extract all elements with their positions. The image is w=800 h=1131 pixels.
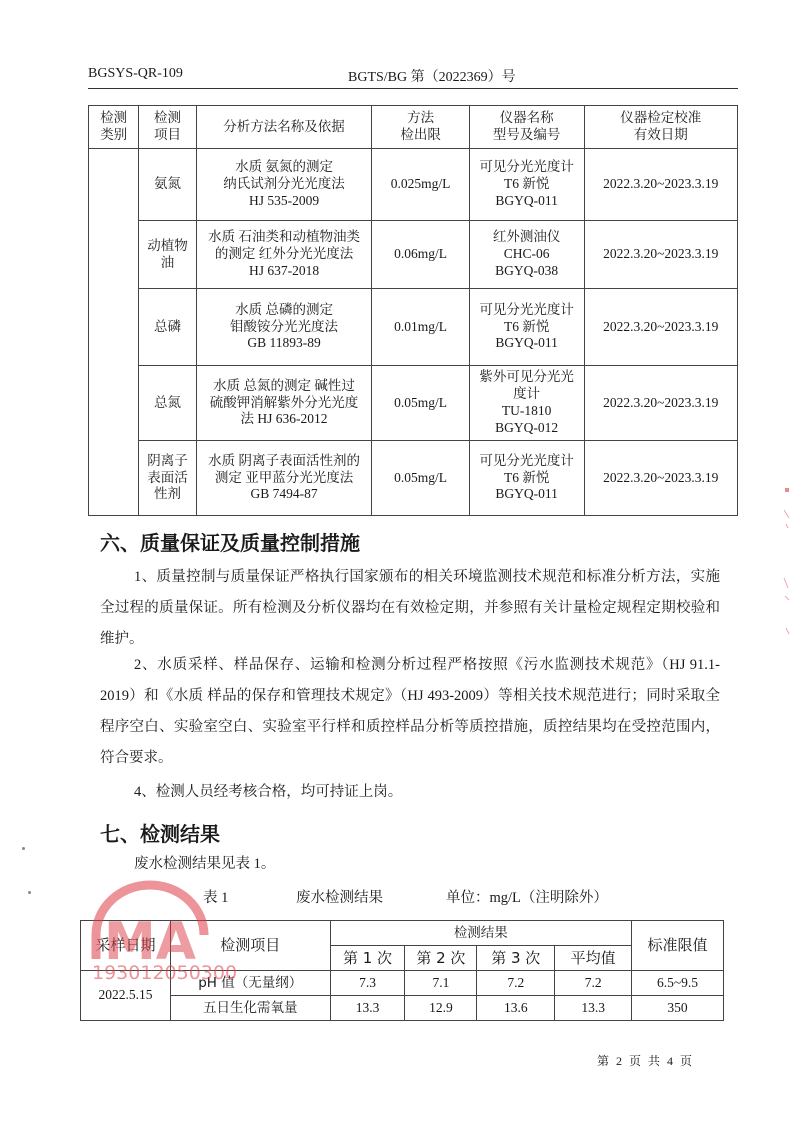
report-number: BGTS/BG 第（2022369）号 [348,66,516,86]
limit-cell: 0.05mg/L [372,366,469,441]
table-row: 动植物油 水质 石油类和动植物油类的测定 红外分光光度法HJ 637-2018 … [89,221,738,289]
method-table-header: 检测类别 检测项目 分析方法名称及依据 方法检出限 仪器名称型号及编号 仪器检定… [89,106,738,149]
table-row: 总氮 水质 总氮的测定 碱性过硫酸钾消解紫外分光光度法 HJ 636-2012 … [89,366,738,441]
limit-cell: 0.025mg/L [372,149,469,221]
item-cell: 总磷 [139,289,196,366]
table-row: 五日生化需氧量 13.3 12.9 13.6 13.3 350 [81,996,724,1021]
limit-cell: 0.01mg/L [372,289,469,366]
table-title: 废水检测结果 [296,886,383,907]
col-sampling-date: 采样日期 [81,921,171,971]
scan-speck [28,891,31,894]
col-limit: 方法检出限 [372,106,469,149]
scan-speck [22,847,25,850]
instrument-cell: 紫外可见分光光度计TU-1810BGYQ-012 [469,366,584,441]
table-row: 氨氮 水质 氨氮的测定纳氏试剂分光光度法HJ 535-2009 0.025mg/… [89,149,738,221]
table-row: 2022.5.15 pH 值（无量纲） 7.3 7.1 7.2 7.2 6.5~… [81,971,724,996]
margin-seal-marks-icon [780,488,794,638]
run-2-cell: 12.9 [405,996,477,1021]
method-table: 检测类别 检测项目 分析方法名称及依据 方法检出限 仪器名称型号及编号 仪器检定… [88,105,738,516]
table-label: 表 1 [203,886,228,907]
section-6-paragraph-2: 2、水质采样、样品保存、运输和检测分析过程严格按照《污水监测技术规范》（HJ 9… [100,650,720,774]
col-valid-date: 仪器检定校准有效日期 [584,106,737,149]
col-item: 检测项目 [139,106,196,149]
table-row: 总磷 水质 总磷的测定钼酸铵分光光度法GB 11893-89 0.01mg/L … [89,289,738,366]
valid-date-cell: 2022.3.20~2023.3.19 [584,366,737,441]
page-number: 第 2 页 共 4 页 [597,1052,694,1069]
result-header-row: 采样日期 检测项目 检测结果 标准限值 [81,921,724,946]
item-cell: 氨氮 [139,149,196,221]
method-cell: 水质 氨氮的测定纳氏试剂分光光度法HJ 535-2009 [196,149,372,221]
item-cell: 总氮 [139,366,196,441]
col-run-2: 第 2 次 [405,946,477,971]
item-cell: 阴离子表面活性剂 [139,441,196,516]
method-cell: 水质 石油类和动植物油类的测定 红外分光光度法HJ 637-2018 [196,221,372,289]
section-7-title: 七、检测结果 [100,818,220,847]
run-3-cell: 7.2 [477,971,555,996]
valid-date-cell: 2022.3.20~2023.3.19 [584,149,737,221]
col-results: 检测结果 [330,921,631,946]
table-row: 阴离子表面活性剂 水质 阴离子表面活性剂的测定 亚甲蓝分光光度法GB 7494-… [89,441,738,516]
col-standard-limit: 标准限值 [632,921,724,971]
item-cell: pH 值（无量纲） [170,971,330,996]
col-run-3: 第 3 次 [477,946,555,971]
run-3-cell: 13.6 [477,996,555,1021]
method-cell: 水质 阴离子表面活性剂的测定 亚甲蓝分光光度法GB 7494-87 [196,441,372,516]
method-cell: 水质 总氮的测定 碱性过硫酸钾消解紫外分光光度法 HJ 636-2012 [196,366,372,441]
valid-date-cell: 2022.3.20~2023.3.19 [584,289,737,366]
average-cell: 13.3 [555,996,632,1021]
run-1-cell: 13.3 [330,996,405,1021]
col-run-1: 第 1 次 [330,946,405,971]
category-cell [89,149,139,516]
limit-cell: 6.5~9.5 [632,971,724,996]
item-cell: 动植物油 [139,221,196,289]
doc-code: BGSYS-QR-109 [88,66,183,82]
page-header: BGSYS-QR-109 BGTS/BG 第（2022369）号 [88,66,738,89]
col-average: 平均值 [555,946,632,971]
limit-cell: 0.06mg/L [372,221,469,289]
sampling-date-cell: 2022.5.15 [81,971,171,1021]
instrument-cell: 红外测油仪CHC-06BGYQ-038 [469,221,584,289]
method-cell: 水质 总磷的测定钼酸铵分光光度法GB 11893-89 [196,289,372,366]
col-test-item: 检测项目 [170,921,330,971]
run-2-cell: 7.1 [405,971,477,996]
instrument-cell: 可见分光光度计T6 新悦BGYQ-011 [469,149,584,221]
limit-cell: 0.05mg/L [372,441,469,516]
valid-date-cell: 2022.3.20~2023.3.19 [584,221,737,289]
instrument-cell: 可见分光光度计T6 新悦BGYQ-011 [469,441,584,516]
col-category: 检测类别 [89,106,139,149]
valid-date-cell: 2022.3.20~2023.3.19 [584,441,737,516]
item-cell: 五日生化需氧量 [170,996,330,1021]
run-1-cell: 7.3 [330,971,405,996]
col-method: 分析方法名称及依据 [196,106,372,149]
section-6-paragraph-3: 4、检测人员经考核合格，均可持证上岗。 [100,777,720,808]
limit-cell: 350 [632,996,724,1021]
col-instrument: 仪器名称型号及编号 [469,106,584,149]
table-unit: 单位：mg/L（注明除外） [446,886,608,907]
average-cell: 7.2 [555,971,632,996]
instrument-cell: 可见分光光度计T6 新悦BGYQ-011 [469,289,584,366]
section-6-title: 六、质量保证及质量控制措施 [100,527,360,556]
section-7-intro: 废水检测结果见表 1。 [100,849,720,880]
result-table: 采样日期 检测项目 检测结果 标准限值 第 1 次 第 2 次 第 3 次 平均… [80,920,724,1021]
section-6-paragraph-1: 1、质量控制与质量保证严格执行国家颁布的相关环境监测技术规范和标准分析方法，实施… [100,562,720,655]
